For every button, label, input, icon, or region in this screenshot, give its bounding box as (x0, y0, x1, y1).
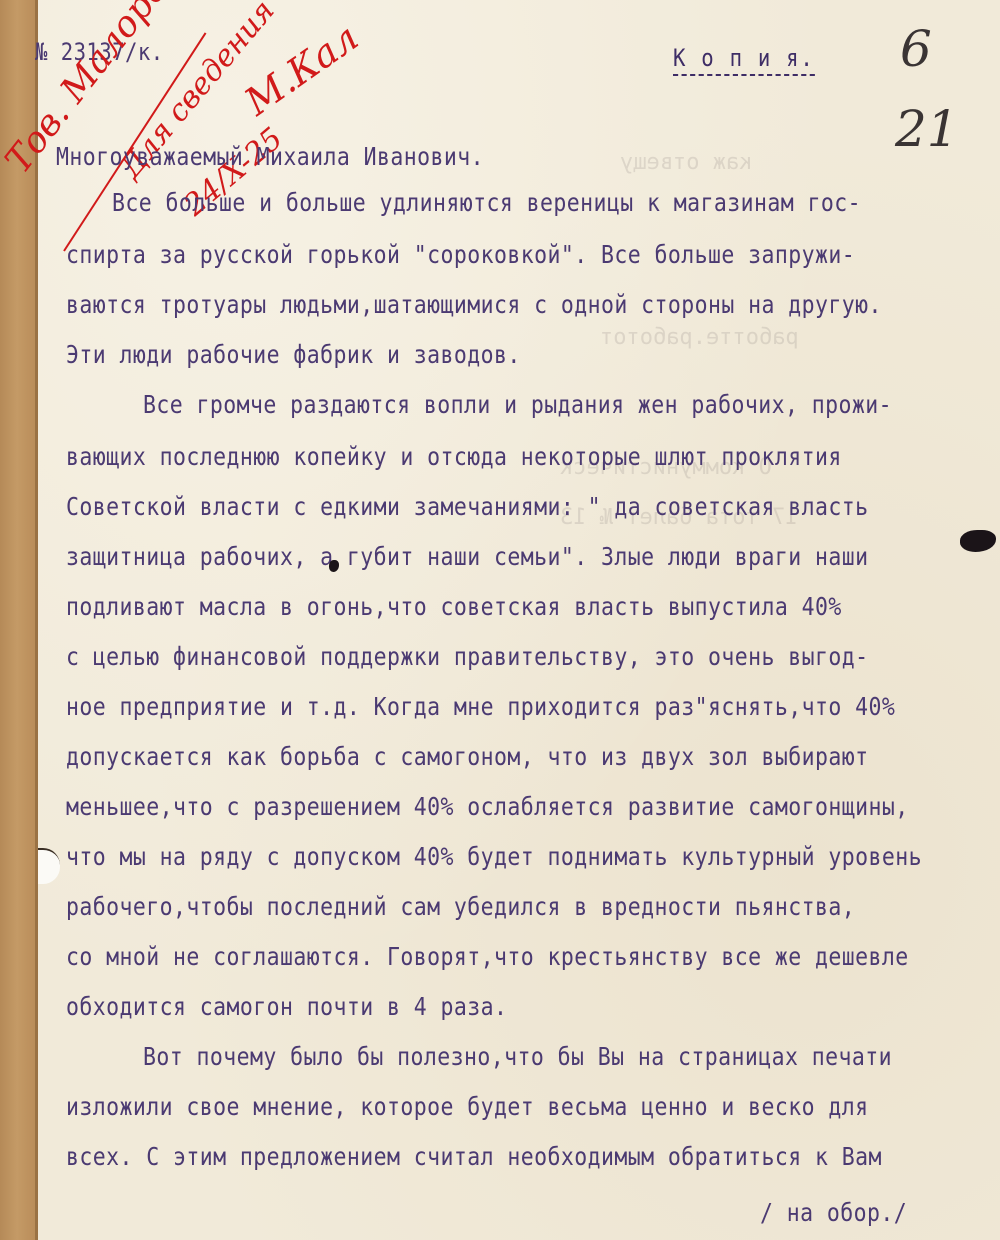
show-through-text: работте.работот (600, 325, 799, 350)
body-line: Все громче раздаются вопли и рыдания жен… (143, 390, 892, 419)
body-line: подливают масла в огонь,что советская вл… (66, 592, 842, 621)
continued-overleaf-note: / на обор./ (760, 1198, 907, 1227)
body-line: вающих последнюю копейку и отсюда некото… (66, 442, 842, 471)
body-line: меньшее,что с разрешением 40% ослабляетс… (66, 792, 909, 821)
body-line: Эти люди рабочие фабрик и заводов. (66, 340, 521, 369)
body-line: с целью финансовой поддержки правительст… (66, 642, 868, 671)
body-line: рабочего,чтобы последний сам убедился в … (66, 892, 855, 921)
body-line: обходится самогон почти в 4 раза. (66, 992, 507, 1021)
body-line: ваются тротуары людьми,шатающимися с одн… (66, 290, 882, 319)
archive-folio-number: 21 (895, 100, 959, 158)
copy-label: К о п и я. (673, 44, 814, 76)
body-line: Советской власти с едкими замечаниями: "… (66, 492, 868, 521)
body-line: Вот почему было бы полезно,что бы Вы на … (143, 1042, 892, 1071)
body-line: что мы на ряду с допуском 40% будет подн… (66, 842, 922, 871)
salutation: Многоуважаемый Михаила Иванович. (56, 142, 484, 171)
body-line: защитница рабочих, а губит наши семьи". … (66, 542, 868, 571)
show-through-text: кaж отвeщy (620, 150, 752, 175)
body-line: со мной не соглашаются. Говорят,что крес… (66, 942, 909, 971)
body-line: изложили свое мнение, которое будет весь… (66, 1092, 868, 1121)
body-line: всех. С этим предложением считал необход… (66, 1142, 882, 1171)
body-line: допускается как борьба с самогоном, что … (66, 742, 868, 771)
cardboard-binding-strip (0, 0, 38, 1240)
body-line: ное предприятие и т.д. Когда мне приходи… (66, 692, 895, 721)
archive-page-number: 6 (900, 20, 932, 78)
body-line: Все больше и больше удлиняются вереницы … (112, 188, 861, 217)
body-line: спирта за русской горькой "сороковкой". … (66, 240, 855, 269)
